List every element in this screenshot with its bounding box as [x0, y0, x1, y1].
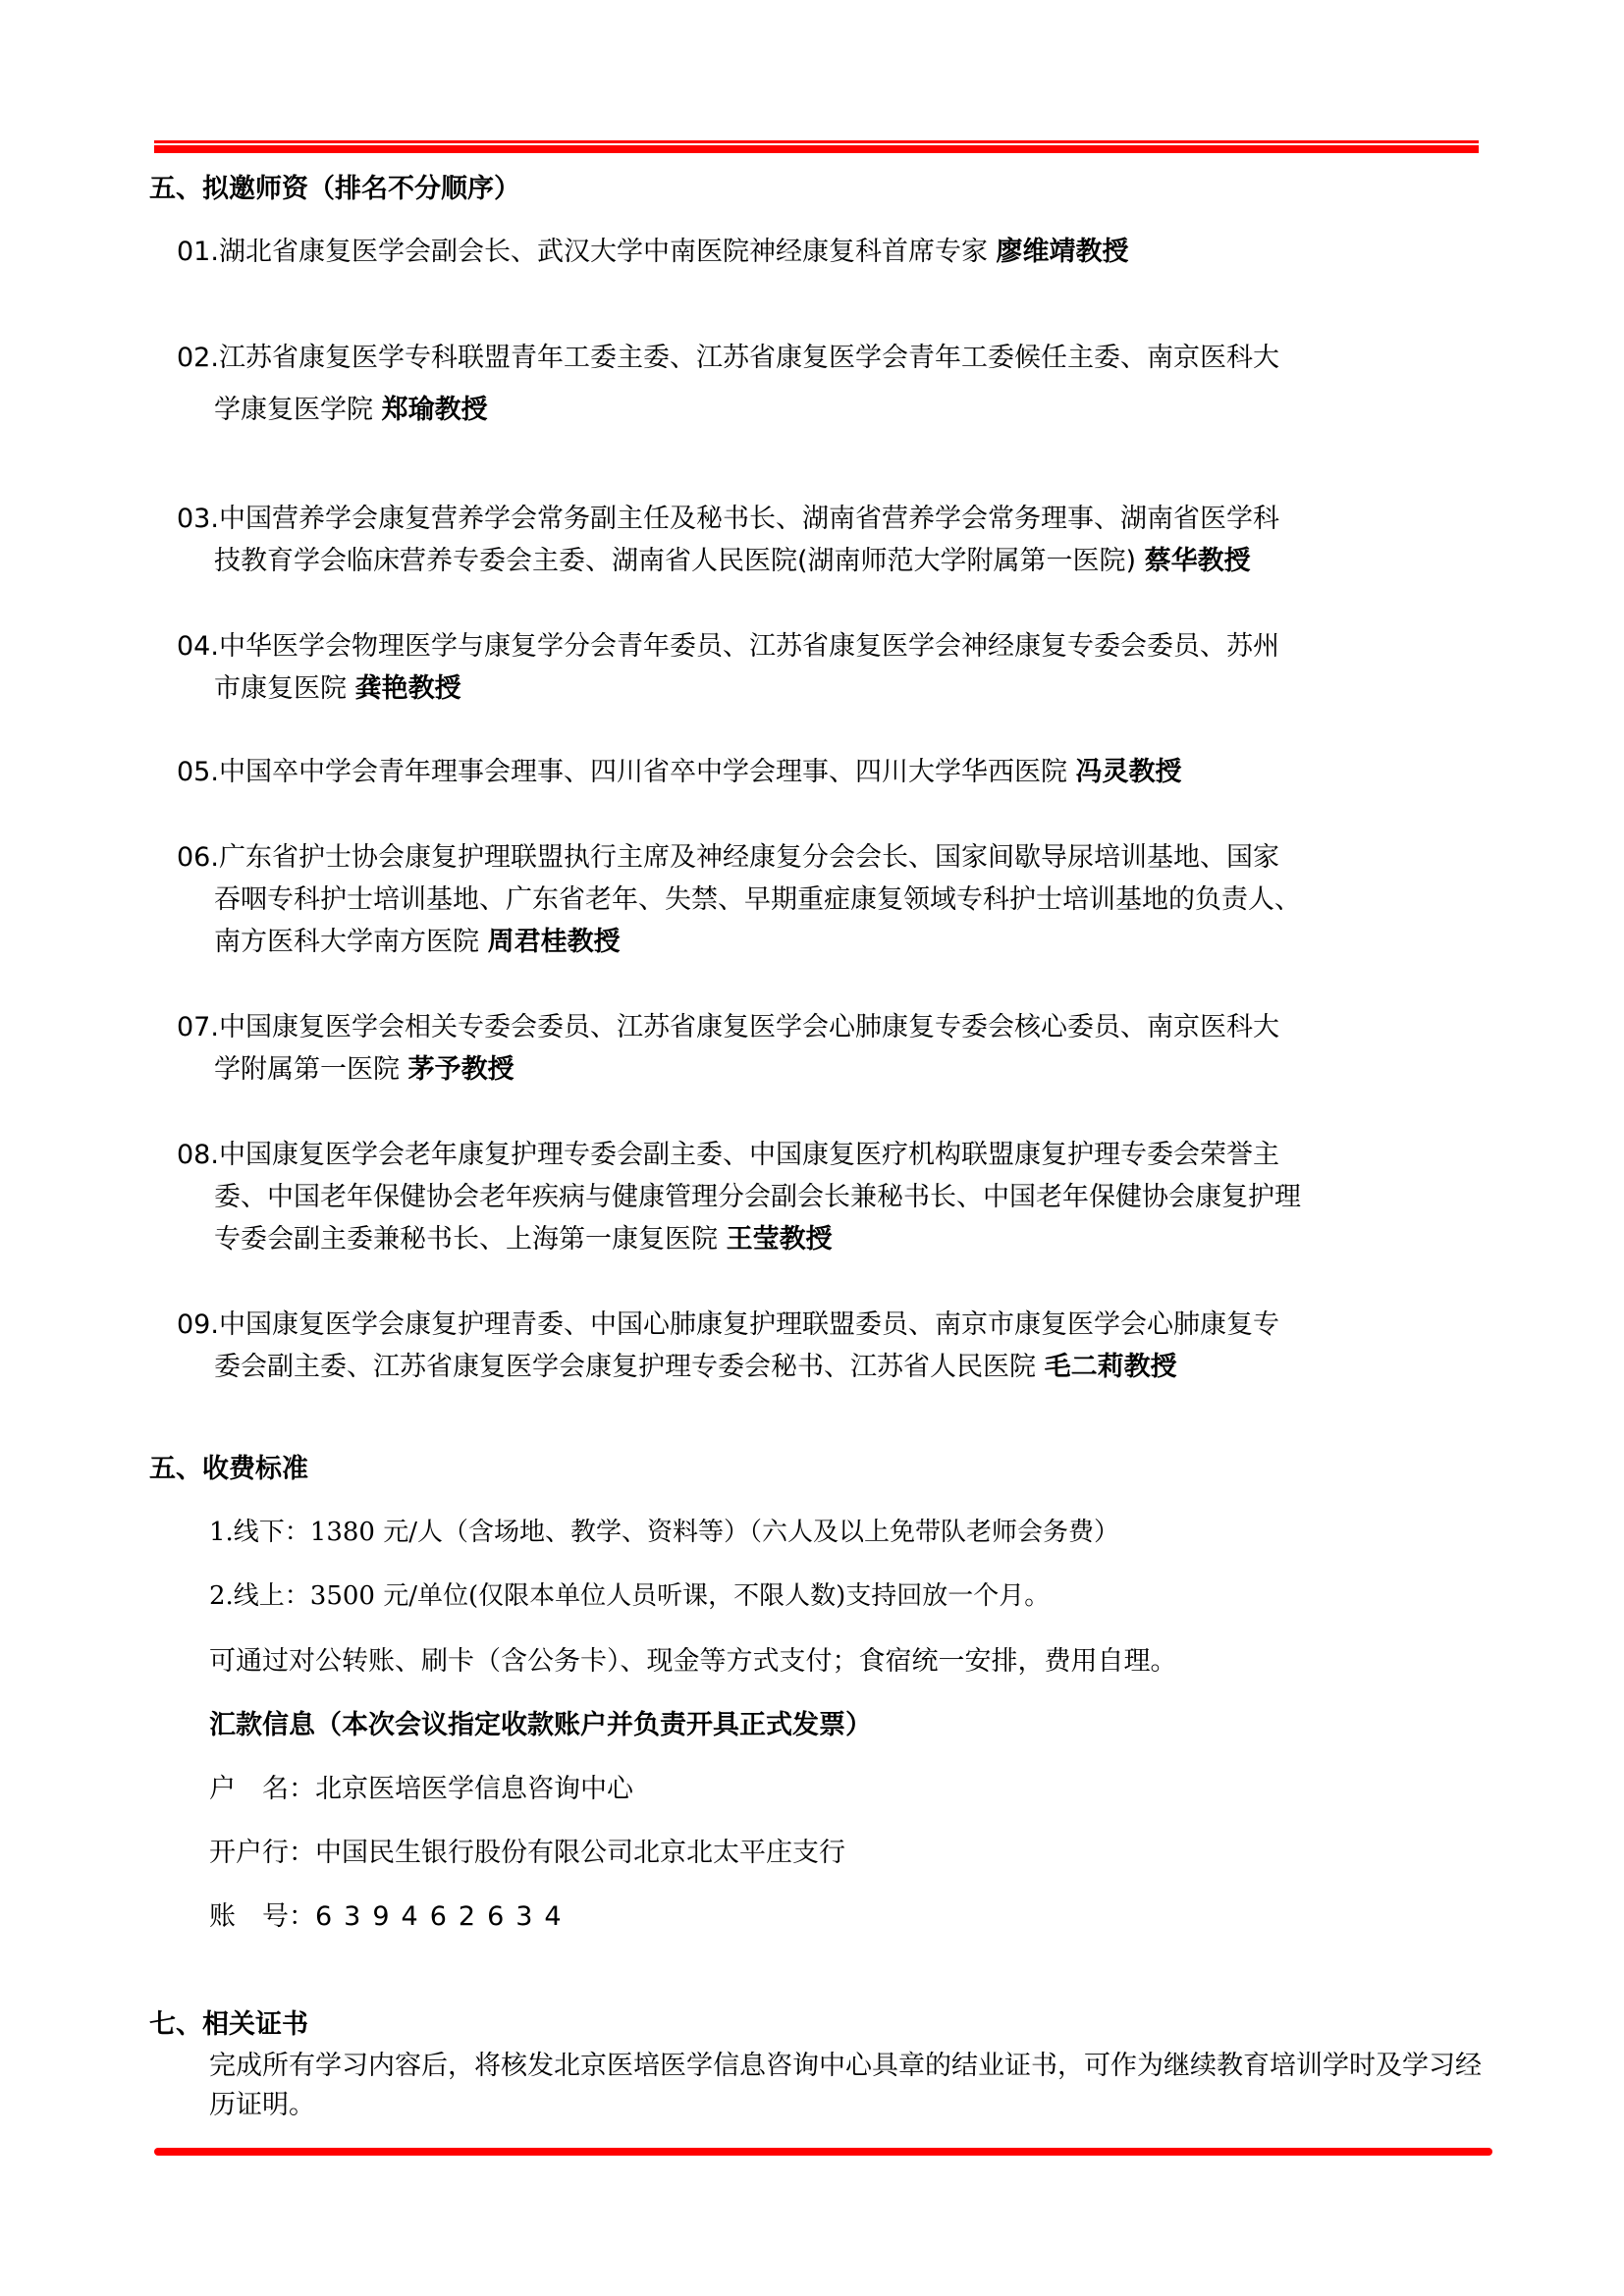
professor-name: 廖维靖教授	[997, 237, 1129, 267]
professor-name: 周君桂教授	[488, 927, 621, 957]
item-text-cont: 技教育学会临床营养专委会主委、湖南省人民医院(湖南师范大学附属第一医院)	[214, 546, 1145, 576]
professor-name: 蔡华教授	[1145, 546, 1251, 576]
professor-name: 龚艳教授	[355, 673, 461, 704]
faculty-item-05: 05.中国卒中学会青年理事会理事、四川省卒中学会理事、四川大学华西医院 冯灵教授	[177, 751, 1502, 793]
faculty-item-09: 09.中国康复医学会康复护理青委、中国心肺康复护理联盟委员、南京市康复医学会心肺…	[177, 1304, 1502, 1388]
item-text: 中国康复医学会康复护理青委、中国心肺康复护理联盟委员、南京市康复医学会心肺康复专	[219, 1309, 1279, 1340]
item-text: 江苏省康复医学专科联盟青年工委主委、江苏省康复医学会青年工委候任主委、南京医科大	[219, 343, 1279, 373]
faculty-heading: 五、拟邀师资（排名不分顺序）	[149, 167, 520, 205]
professor-name: 冯灵教授	[1076, 757, 1182, 787]
professor-name: 郑瑜教授	[382, 395, 488, 425]
faculty-item-06: 06.广东省护士协会康复护理联盟执行主席及神经康复分会会长、国家间歇导尿培训基地…	[177, 836, 1502, 963]
item-number: 05.	[177, 757, 219, 787]
item-text: 中国康复医学会老年康复护理专委会副主委、中国康复医疗机构联盟康复护理专委会荣誉主	[219, 1140, 1279, 1170]
item-text-cont: 市康复医院	[214, 673, 355, 704]
faculty-item-03: 03.中国营养学会康复营养学会常务副主任及秘书长、湖南省营养学会常务理事、湖南省…	[177, 498, 1502, 582]
item-text: 中国康复医学会相关专委会委员、江苏省康复医学会心肺康复专委会核心委员、南京医科大	[219, 1012, 1279, 1042]
faculty-item-01: 01.湖北省康复医学会副会长、武汉大学中南医院神经康复科首席专家 廖维靖教授	[177, 231, 1502, 273]
item-text-cont: 学附属第一医院	[214, 1054, 408, 1085]
top-double-rule	[154, 140, 1479, 153]
fee-online: 2.线上：3500 元/单位(仅限本单位人员听课，不限人数)支持回放一个月。	[209, 1575, 1050, 1612]
item-text-cont: 委会副主委、江苏省康复医学会康复护理专委会秘书、江苏省人民医院	[214, 1352, 1045, 1382]
item-number: 03.	[177, 504, 219, 534]
bank-value: 中国民生银行股份有限公司北京北太平庄支行	[315, 1838, 845, 1868]
certificate-body: 完成所有学习内容后，将核发北京医培医学信息咨询中心具章的结业证书，可作为继续教育…	[209, 2047, 1505, 2125]
item-text-cont: 南方医科大学南方医院	[214, 927, 488, 957]
certificate-heading: 七、相关证书	[149, 2002, 308, 2041]
item-text-cont: 学康复医学院	[214, 395, 382, 425]
item-text-cont: 吞咽专科护士培训基地、广东省老年、失禁、早期重症康复领域专科护士培训基地的负责人…	[214, 884, 1301, 915]
item-number: 08.	[177, 1140, 219, 1170]
account-number-value: 639462634	[315, 1901, 573, 1932]
item-number: 04.	[177, 631, 219, 662]
faculty-item-07: 07.中国康复医学会相关专委会委员、江苏省康复医学会心肺康复专委会核心委员、南京…	[177, 1006, 1502, 1091]
account-number-row: 账 号：639462634	[209, 1895, 573, 1933]
professor-name: 毛二莉教授	[1045, 1352, 1177, 1382]
bank-row: 开户行：中国民生银行股份有限公司北京北太平庄支行	[209, 1831, 845, 1869]
fee-heading: 五、收费标准	[149, 1447, 308, 1485]
professor-name: 王莹教授	[727, 1224, 833, 1255]
account-name-label: 户 名：	[209, 1774, 315, 1804]
item-text: 湖北省康复医学会副会长、武汉大学中南医院神经康复科首席专家	[219, 237, 997, 267]
account-name-row: 户 名：北京医培医学信息咨询中心	[209, 1767, 633, 1805]
item-number: 02.	[177, 343, 219, 373]
item-text: 中国卒中学会青年理事会理事、四川省卒中学会理事、四川大学华西医院	[219, 757, 1076, 787]
account-number-label: 账 号：	[209, 1901, 315, 1932]
account-name-value: 北京医培医学信息咨询中心	[315, 1774, 633, 1804]
payment-methods: 可通过对公转账、刷卡（含公务卡）、现金等方式支付；食宿统一安排，费用自理。	[209, 1639, 1177, 1678]
faculty-item-04: 04.中华医学会物理医学与康复学分会青年委员、江苏省康复医学会神经康复专委会委员…	[177, 625, 1502, 710]
bank-label: 开户行：	[209, 1838, 315, 1868]
remit-title: 汇款信息（本次会议指定收款账户并负责开具正式发票）	[209, 1703, 872, 1741]
professor-name: 茅予教授	[408, 1054, 514, 1085]
item-text: 中华医学会物理医学与康复学分会青年委员、江苏省康复医学会神经康复专委会委员、苏州	[219, 631, 1279, 662]
item-text-cont: 专委会副主委兼秘书长、上海第一康复医院	[214, 1224, 727, 1255]
fee-offline: 1.线下：1380 元/人（含场地、教学、资料等）（六人及以上免带队老师会务费）	[209, 1512, 1119, 1548]
item-number: 06.	[177, 842, 219, 873]
item-number: 07.	[177, 1012, 219, 1042]
item-text: 广东省护士协会康复护理联盟执行主席及神经康复分会会长、国家间歇导尿培训基地、国家	[219, 842, 1279, 873]
item-number: 01.	[177, 237, 219, 267]
item-text: 中国营养学会康复营养学会常务副主任及秘书长、湖南省营养学会常务理事、湖南省医学科	[219, 504, 1279, 534]
item-number: 09.	[177, 1309, 219, 1340]
item-text-cont: 委、中国老年保健协会老年疾病与健康管理分会副会长兼秘书长、中国老年保健协会康复护…	[214, 1182, 1301, 1212]
faculty-item-02: 02.江苏省康复医学专科联盟青年工委主委、江苏省康复医学会青年工委候任主委、南京…	[177, 337, 1502, 431]
faculty-item-08: 08.中国康复医学会老年康复护理专委会副主委、中国康复医疗机构联盟康复护理专委会…	[177, 1134, 1502, 1260]
bottom-rule	[154, 2148, 1492, 2156]
